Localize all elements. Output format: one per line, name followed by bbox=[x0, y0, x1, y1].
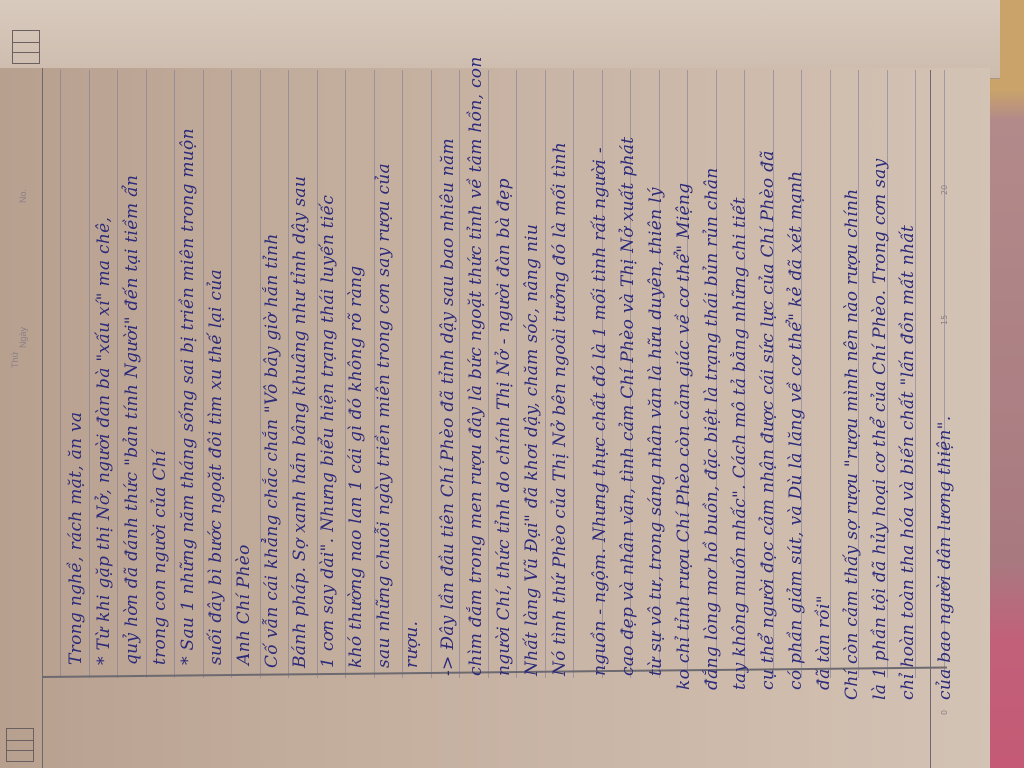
handwritten-line: rượu. bbox=[402, 621, 422, 668]
handwritten-line: của bao người dân lương thiện". bbox=[935, 416, 955, 701]
number-label: No. bbox=[18, 189, 28, 203]
handwritten-line: * Từ khi gặp thị Nở, người đàn bà "xấu x… bbox=[94, 217, 114, 665]
handwritten-line: suối đây bì bước ngoặt đôi tìm xu thế lạ… bbox=[206, 269, 226, 665]
handwritten-line: Nó tình thứ Phèo của Thị Nở bên ngoài tư… bbox=[550, 142, 570, 676]
handwritten-line: -> Đây lần đầu tiên Chí Phèo đã tỉnh dậy… bbox=[438, 138, 458, 676]
handwritten-line: trong con người của Chí bbox=[150, 450, 170, 665]
ruled-line bbox=[231, 70, 232, 678]
handwritten-line: ko chỉ tỉnh rượu Chí Phèo còn cảm giác v… bbox=[674, 183, 694, 690]
ruled-line bbox=[545, 70, 546, 678]
handwritten-line: từ sự vô tư, trong sáng nhân văn là hữu … bbox=[646, 187, 666, 676]
handwritten-line: đắng lòng mơ hồ buồn, đặc biệt là trạng … bbox=[702, 167, 722, 690]
handwritten-line: Bánh pháp. Sợ xanh hắn bâng khuâng như t… bbox=[290, 176, 310, 668]
ruled-line bbox=[402, 70, 403, 678]
handwritten-line: chỉ hoàn toàn tha hóa và biến chất "lấn … bbox=[898, 225, 918, 700]
handwritten-line: tay không muốn nhấc". Cách mô tả bằng nh… bbox=[730, 197, 750, 690]
page-number-box-bottom bbox=[6, 728, 34, 762]
ruled-line bbox=[203, 70, 204, 678]
ruled-line bbox=[516, 70, 517, 678]
handwritten-line: 1 cơn say dài". Nhưng biểu hiện trạng th… bbox=[318, 195, 338, 668]
date-label: Ngày bbox=[18, 327, 28, 348]
handwritten-line: cụ thể người đọc cảm nhận được cái sức l… bbox=[758, 150, 778, 690]
ruled-line bbox=[60, 70, 61, 678]
weekday-label: Thứ bbox=[10, 351, 20, 368]
handwritten-line: Chí còn cảm thấy sợ rượu "rượu mình nên … bbox=[842, 189, 862, 700]
handwritten-line: là 1 phần tội đã hủy hoại cơ thể của Chí… bbox=[870, 159, 890, 701]
handwritten-line: chìm đắm trong men rượu đây là bức ngoặt… bbox=[466, 56, 486, 676]
ruled-line bbox=[117, 70, 118, 678]
ruled-line bbox=[830, 70, 831, 678]
handwritten-line: Nhất làng Vũ Đại" đã khơi dậy, chăm sóc,… bbox=[522, 224, 542, 676]
page-header-margin: Thứ Ngày No. bbox=[0, 68, 43, 768]
handwritten-line: người Chí, thức tỉnh do chính Thị Nở - n… bbox=[494, 178, 514, 676]
ruler-number: 15 bbox=[940, 315, 949, 325]
right-margin-line bbox=[930, 70, 931, 768]
handwritten-line: Cố vẫn cái khẳng chắc chắn "Vô bây giờ h… bbox=[262, 233, 282, 668]
handwritten-line: nguồn - ngộm. Nhưng thực chất đó là 1 mố… bbox=[590, 147, 610, 676]
ruled-line bbox=[260, 70, 261, 678]
ruled-line bbox=[488, 70, 489, 678]
handwritten-line: đã tàn rồi" bbox=[814, 595, 834, 690]
handwritten-line: Trong nghề, rách mặt, ăn va bbox=[66, 412, 86, 665]
handwritten-line: Anh Chí Phèo bbox=[234, 544, 254, 665]
page-number-box bbox=[12, 30, 40, 64]
handwritten-line: cao đẹp và nhân văn, tình cảm Chí Phèo v… bbox=[618, 137, 638, 676]
ruled-line bbox=[573, 70, 574, 678]
handwritten-line: * Sau 1 những năm tháng sống sai bị triề… bbox=[178, 128, 198, 665]
handwritten-line: quỷ hờn đã đánh thức "bản tính Người" đế… bbox=[122, 175, 142, 665]
ruled-line bbox=[146, 70, 147, 678]
ruler-number: 0 bbox=[940, 710, 949, 715]
fabric-background bbox=[990, 0, 1024, 768]
ruled-line bbox=[174, 70, 175, 678]
ruled-line bbox=[459, 70, 460, 678]
handwritten-line: khó thường nao lan 1 cái gì đó không rõ … bbox=[346, 266, 366, 668]
ruled-line bbox=[288, 70, 289, 678]
ruled-line bbox=[89, 70, 90, 678]
handwritten-line: sau những chuỗi ngày triền miên trong cơ… bbox=[374, 163, 394, 668]
ruler-number: 20 bbox=[940, 185, 949, 195]
handwritten-line: có phần giảm sút, và Dù là lăng về cơ th… bbox=[786, 171, 806, 690]
ruled-line bbox=[431, 70, 432, 678]
